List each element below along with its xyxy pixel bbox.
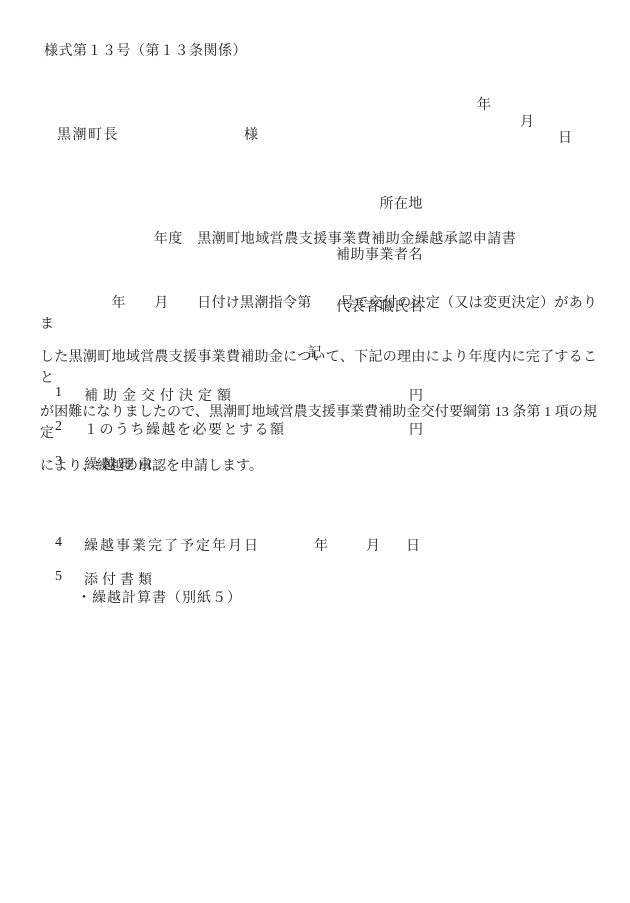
yen-unit-label: 円 [409, 419, 423, 439]
item-label: 補助金交付決定額 [84, 385, 236, 405]
date-year-label: 年 [477, 98, 491, 115]
item-number: 3 [55, 454, 62, 470]
item-row-carryover-reason: 3 繰越理由 [0, 454, 630, 474]
date-month-label: 月 [520, 115, 534, 132]
item-label: １のうち繰越を必要とする額 [84, 419, 286, 439]
body-line: 年 月 日付け黒潮指令第 号で交付の決定（又は変更決定）がありま [40, 293, 597, 314]
completion-year-label: 年 [314, 535, 328, 555]
yen-unit-label: 円 [409, 385, 423, 405]
item-number: 1 [55, 385, 62, 401]
item-row-attachments: 5 添付書類 [0, 569, 630, 589]
addressee-name: 黒潮町長 [57, 128, 119, 145]
form-number: 様式第１３号（第１３条関係） [44, 44, 247, 61]
application-form-page: 様式第１３号（第１３条関係） 年 月 日 黒潮町長 様 所在地 補助事業者名 代… [0, 0, 630, 903]
item-row-carryover-amount: 2 １のうち繰越を必要とする額 円 [0, 419, 630, 439]
completion-day-label: 日 [406, 535, 420, 555]
applicant-location-label: 所在地 [270, 196, 423, 214]
item-number: 5 [55, 569, 62, 585]
item-row-subsidy-amount: 1 補助金交付決定額 円 [0, 385, 630, 405]
item-number: 2 [55, 419, 62, 435]
item-number: 4 [55, 535, 62, 551]
item-label: 添付書類 [84, 569, 156, 589]
header-date-line: 年 月 日 [0, 81, 630, 99]
item-label: 繰越理由 [84, 454, 156, 474]
completion-month-label: 月 [366, 535, 380, 555]
item-row-completion-date: 4 繰越事業完了予定年月日 年 月 日 [0, 535, 630, 555]
attachment-item: ・繰越計算書（別紙５） [77, 587, 242, 607]
record-marker: 記 [0, 346, 630, 363]
document-title: 年度 黒潮町地域営農支援事業費補助金繰越承認申請書 [0, 232, 630, 249]
addressee-honorific: 様 [244, 128, 258, 145]
attachment-list-row: ・繰越計算書（別紙５） [0, 587, 630, 607]
date-day-label: 日 [558, 131, 572, 148]
item-label: 繰越事業完了予定年月日 [84, 535, 260, 555]
